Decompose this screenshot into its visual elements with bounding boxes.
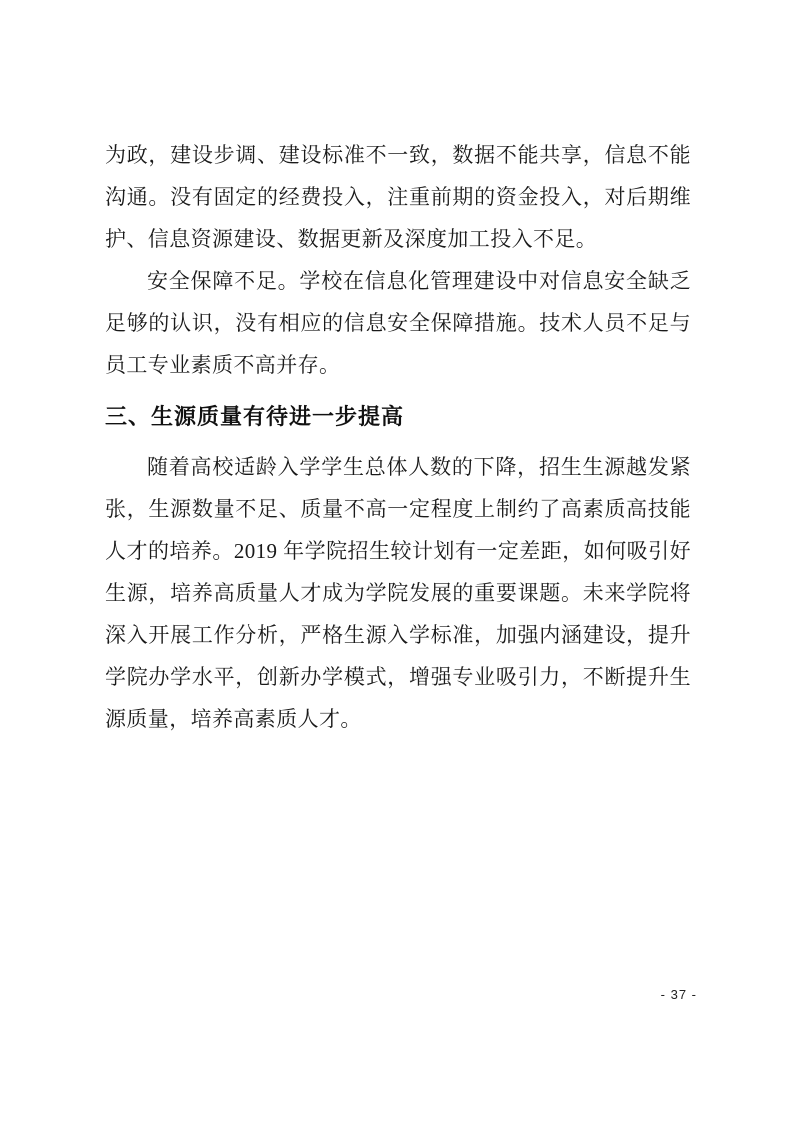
paragraph-continuation: 为政，建设步调、建设标准不一致，数据不能共享，信息不能沟通。没有固定的经费投入，… xyxy=(105,134,691,260)
page-content: 为政，建设步调、建设标准不一致，数据不能共享，信息不能沟通。没有固定的经费投入，… xyxy=(105,134,691,740)
paragraph-security: 安全保障不足。学校在信息化管理建设中对信息安全缺乏足够的认识，没有相应的信息安全… xyxy=(105,260,691,386)
section-heading: 三、生源质量有待进一步提高 xyxy=(105,396,691,438)
document-page: 为政，建设步调、建设标准不一致，数据不能共享，信息不能沟通。没有固定的经费投入，… xyxy=(0,0,794,1123)
page-footer: - 37 - xyxy=(105,986,697,1004)
page-number: - 37 - xyxy=(661,987,697,1002)
paragraph-enrollment: 随着高校适龄入学学生总体人数的下降，招生生源越发紧张，生源数量不足、质量不高一定… xyxy=(105,446,691,740)
